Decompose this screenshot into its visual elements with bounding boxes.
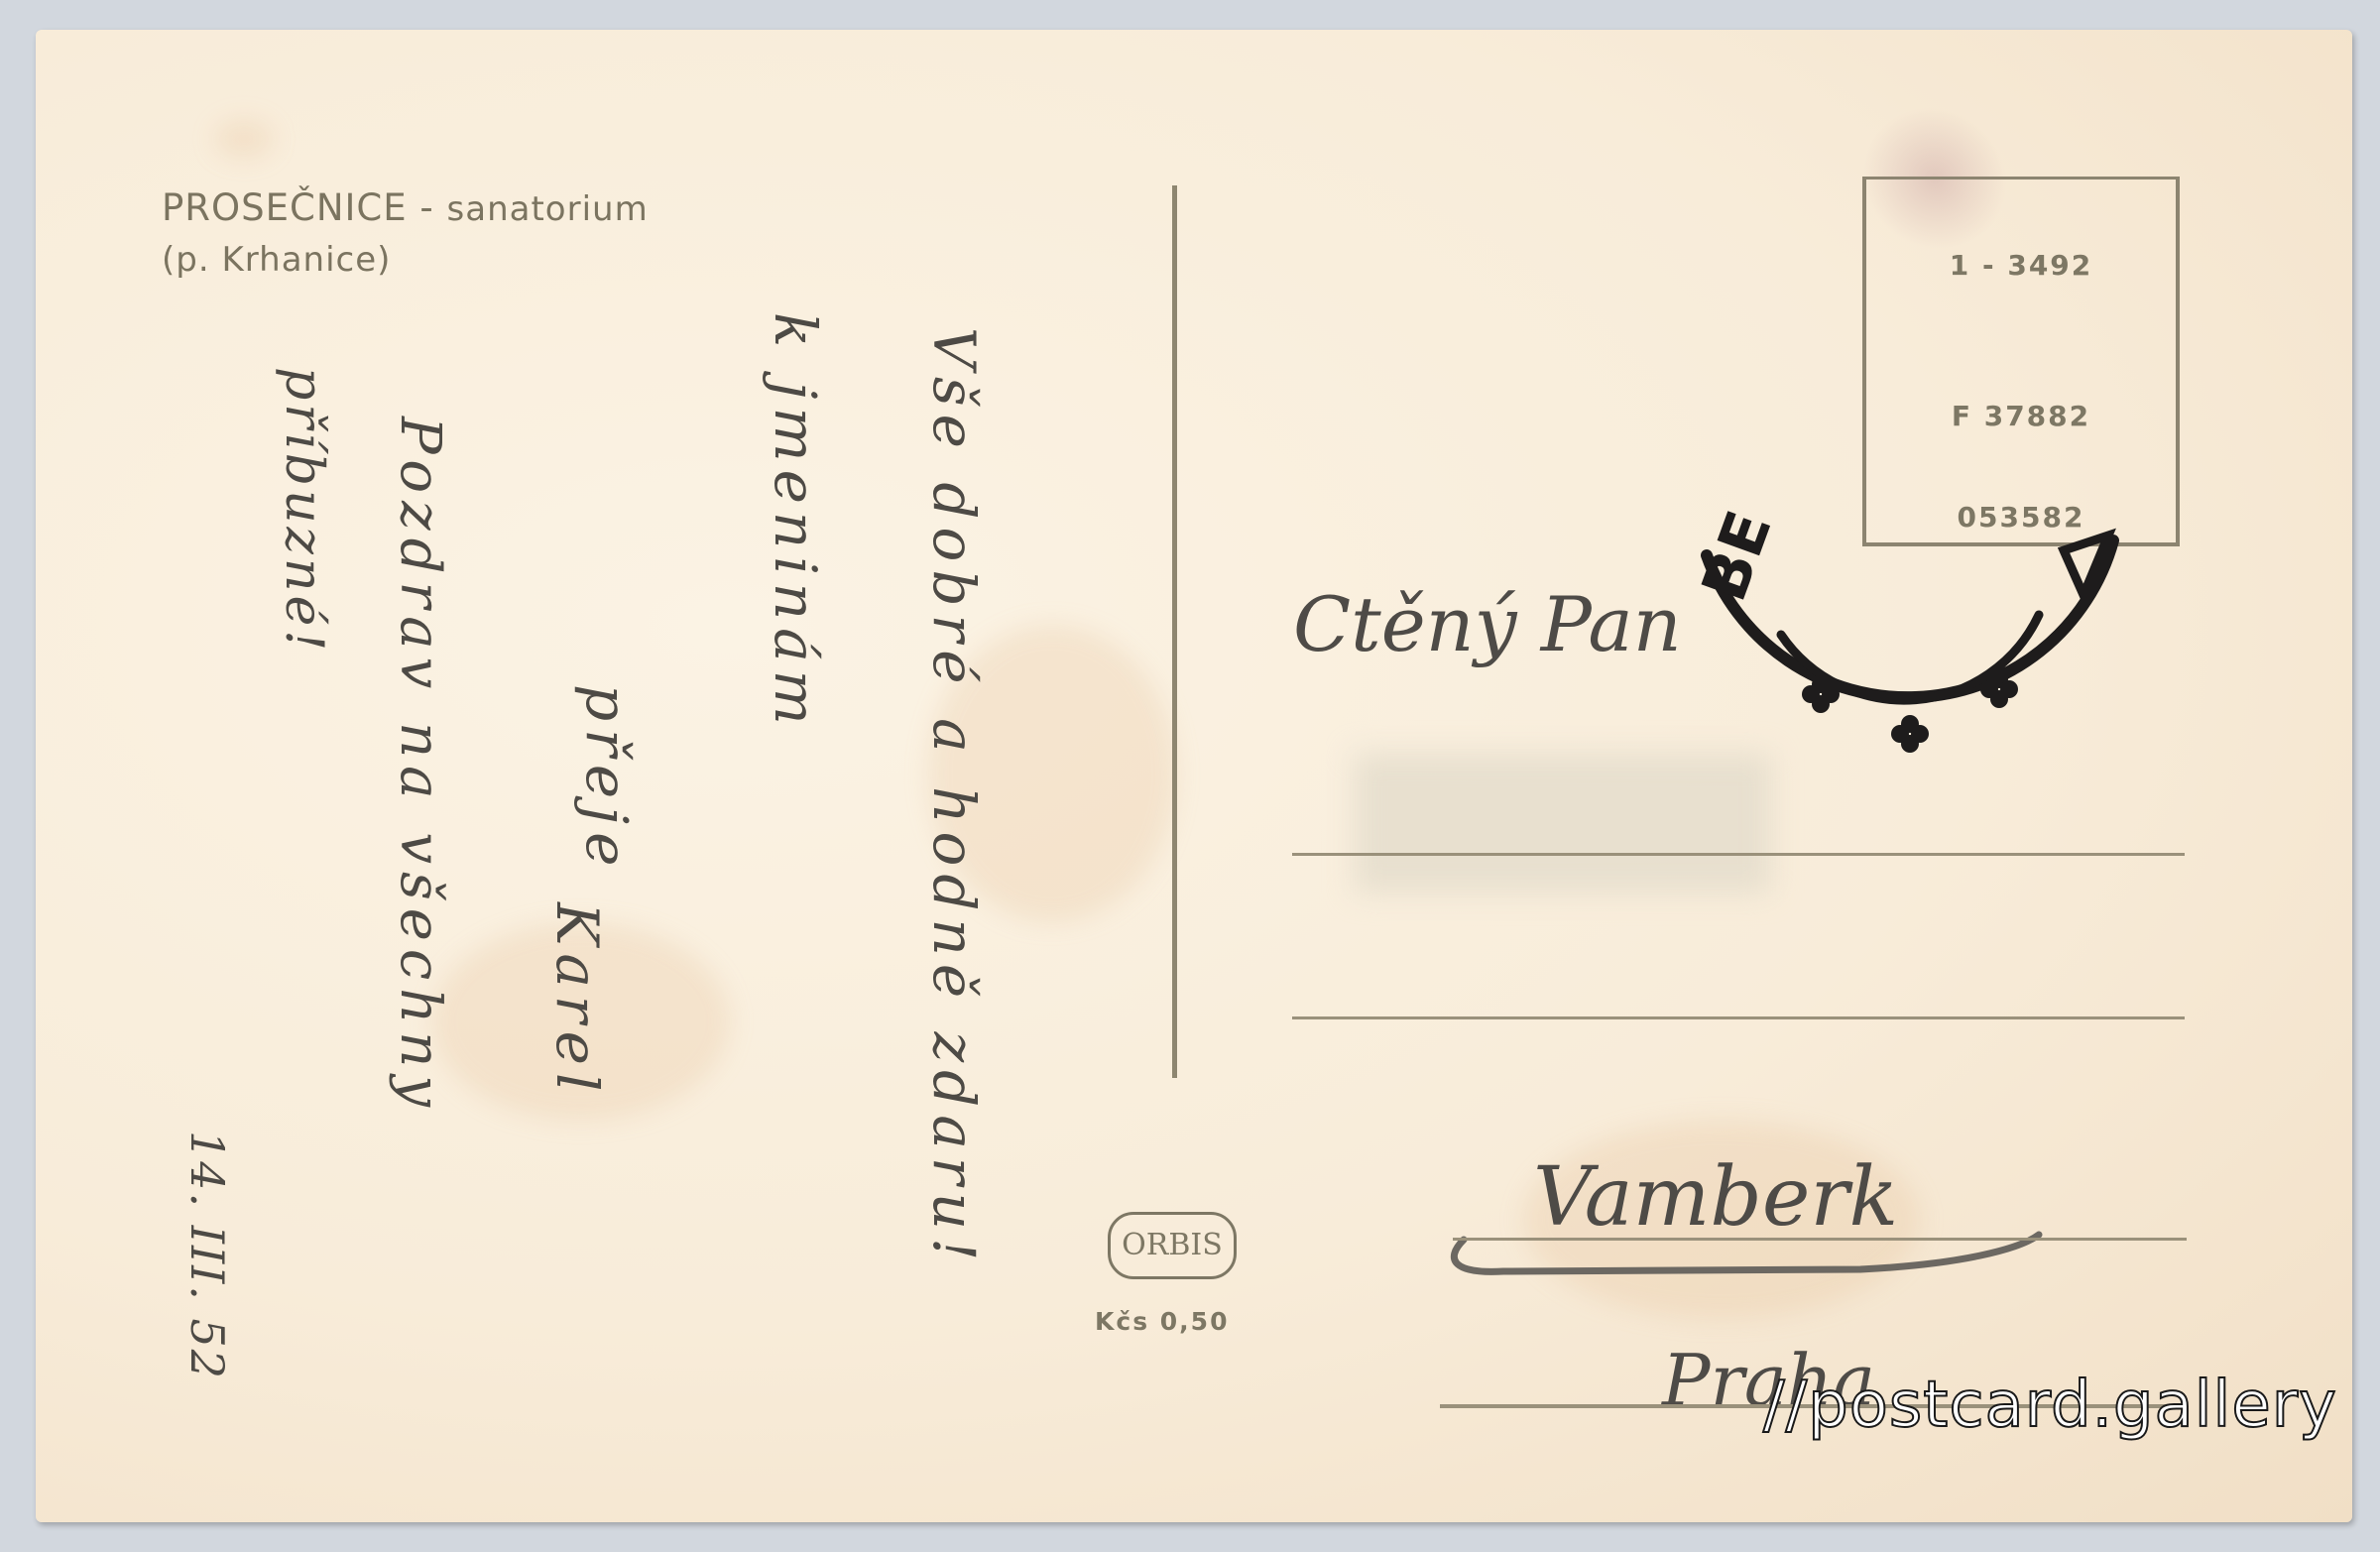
watermark: //postcard.gallery xyxy=(1763,1369,2337,1442)
stamp-code-2: F 37882 xyxy=(1866,400,2176,432)
underline-flourish-icon xyxy=(1444,1220,2059,1289)
message-line-1: Vše dobré a hodně zdaru! xyxy=(920,327,988,1268)
printed-title: PROSEČNICE - sanatorium xyxy=(162,186,649,229)
stamp-code-1: 1 - 3492 xyxy=(1866,249,2176,282)
address-salutation: Ctěný Pan xyxy=(1293,580,1682,668)
address-line-2 xyxy=(1292,1016,2185,1019)
age-stain xyxy=(214,119,274,159)
message-line-5: Pozdrav na všechny xyxy=(388,417,452,1115)
price-label: Kčs 0,50 xyxy=(1095,1307,1229,1336)
orbis-logo: ORBIS xyxy=(1108,1212,1237,1279)
stamp-box: 1 - 3492 F 37882 053582 xyxy=(1862,177,2180,546)
address-line-1 xyxy=(1292,853,2185,856)
title-place: PROSEČNICE xyxy=(162,186,408,229)
message-line-4: Karel xyxy=(543,902,611,1100)
postmark-text: BE xyxy=(1687,502,1785,610)
postmark-icon: BE xyxy=(1672,496,2148,793)
message-line-3: přeje xyxy=(573,684,641,875)
printed-subtitle: (p. Krhanice) xyxy=(162,240,391,280)
title-separator: - xyxy=(419,186,433,229)
address-line-3 xyxy=(1453,1238,2187,1241)
message-line-6: příbuzné! xyxy=(274,367,333,655)
center-divider xyxy=(1172,185,1177,1078)
postcard-back: PROSEČNICE - sanatorium (p. Krhanice) Vš… xyxy=(36,30,2352,1522)
title-rest: sanatorium xyxy=(447,189,649,229)
message-line-2: k jmeninám xyxy=(762,312,829,733)
redacted-name xyxy=(1355,754,1771,893)
message-date: 14. III. 52 xyxy=(180,1131,234,1380)
